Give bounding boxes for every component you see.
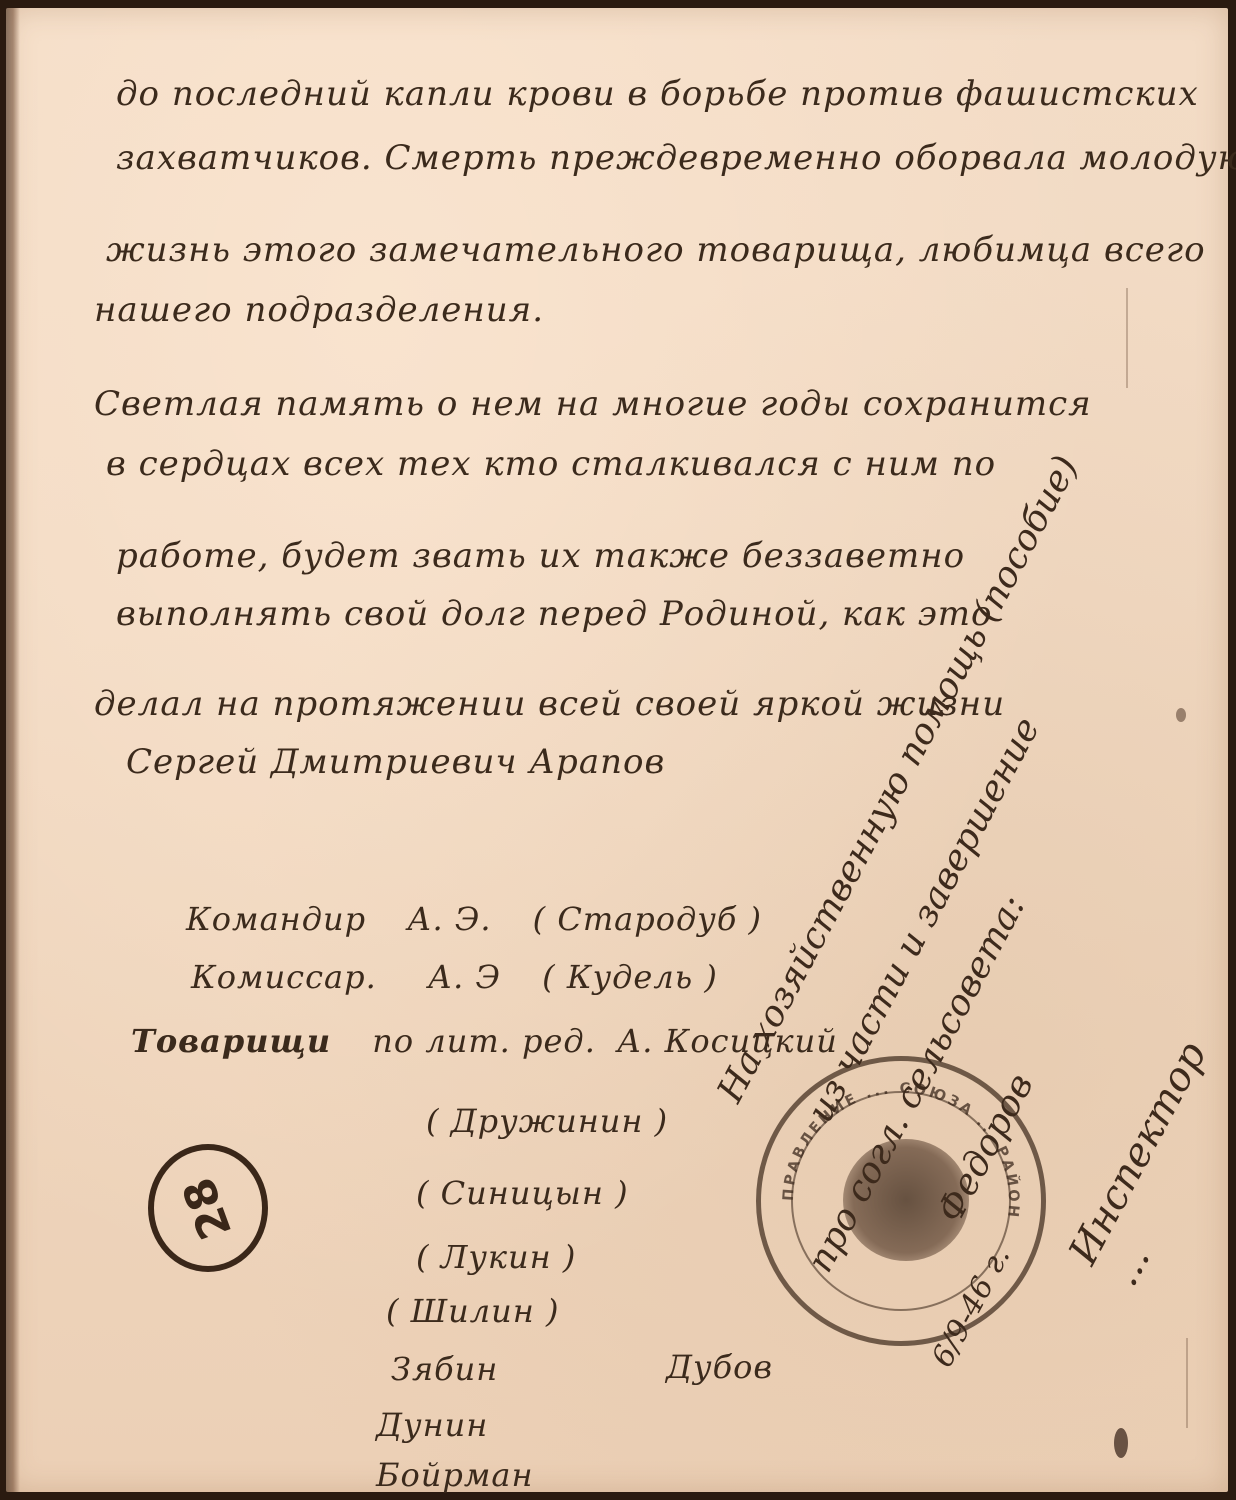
body-line: захватчиков. Смерть преждевременно оборв… <box>116 138 1236 178</box>
comrade-signature: ( Синицын ) <box>416 1174 629 1212</box>
body-line: нашего подразделения. <box>94 290 544 330</box>
signature-role: Командир <box>186 900 366 938</box>
body-line: в сердцах всех тех кто сталкивался с ним… <box>106 444 996 484</box>
deceased-name: Сергей Дмитриевич Арапов <box>126 742 665 782</box>
signature-name: ( Стародуб ) <box>533 900 762 938</box>
corner-signature: Инспектор ... <box>1060 1034 1236 1293</box>
signature-role: Комиссар. <box>191 958 377 996</box>
signature-unit: по лит. ред. <box>372 1022 596 1060</box>
comrade-signature: ( Шилин ) <box>386 1292 560 1330</box>
body-line: работе, будет звать их также беззаветно <box>116 536 965 576</box>
comrade-signature: Дубов <box>666 1348 773 1386</box>
body-line: жизнь этого замечательного товарища, люб… <box>106 230 1206 270</box>
signature-name: ( Кудель ) <box>542 958 718 996</box>
round-stamp: 28 <box>148 1144 268 1272</box>
comrade-signature: Бойрман <box>376 1456 534 1494</box>
signature-commissar: Комиссар. А. Э ( Кудель ) <box>191 958 718 996</box>
comrade-signature: ( Лукин ) <box>416 1238 576 1276</box>
signature-commander: Командир А. Э. ( Стародуб ) <box>186 900 762 938</box>
comrade-signature: ( Дружинин ) <box>426 1102 668 1140</box>
paper-tear <box>1114 1428 1128 1458</box>
body-line: выполнять свой долг перед Родиной, как э… <box>116 594 993 634</box>
body-line: делал на протяжении всей своей яркой жиз… <box>94 684 1005 724</box>
torn-left-edge <box>6 8 20 1492</box>
body-line: Светлая память о нем на многие годы сохр… <box>94 384 1092 424</box>
comrade-signature: Зябин <box>391 1350 498 1388</box>
body-line: до последний капли крови в борьбе против… <box>116 74 1199 114</box>
signature-unit: А. Э <box>428 958 501 996</box>
ink-blot <box>1176 708 1186 722</box>
stamp-number: 28 <box>174 1171 243 1246</box>
paper-crease <box>1186 1338 1188 1428</box>
signature-role: Товарищи <box>131 1022 331 1060</box>
comrade-signature: Дунин <box>376 1406 488 1444</box>
paper-crease <box>1126 288 1128 388</box>
document-page: до последний капли крови в борьбе против… <box>6 8 1228 1492</box>
signature-unit: А. Э. <box>407 900 491 938</box>
